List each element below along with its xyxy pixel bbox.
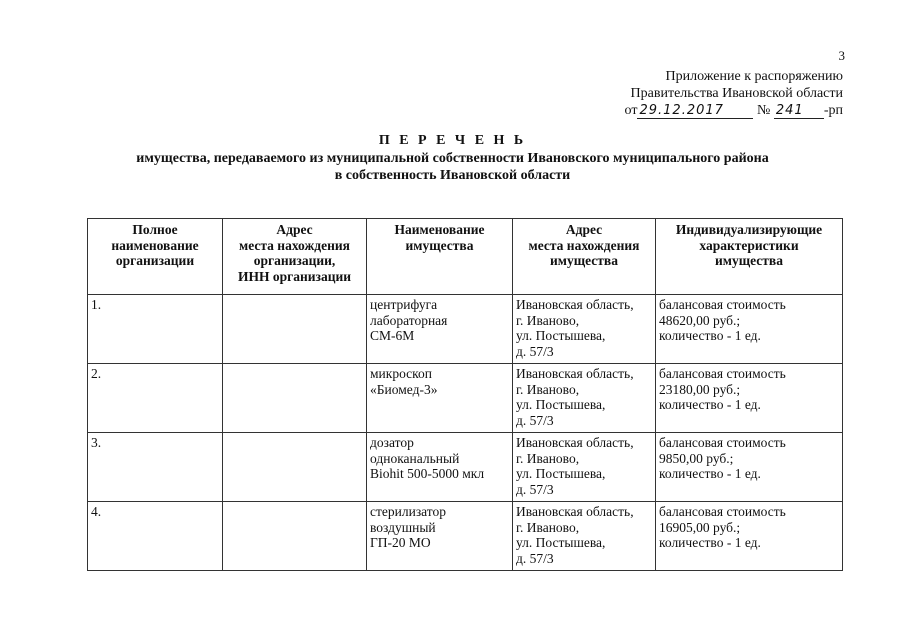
- cell-line: стерилизатор: [370, 504, 509, 520]
- document-subtitle-line-2: в собственность Ивановской области: [0, 167, 905, 184]
- cell-property-address: Ивановская область,г. Иваново,ул. Постыш…: [513, 502, 656, 571]
- cell-line: г. Иваново,: [516, 520, 652, 536]
- table-row: 4.стерилизаторвоздушныйГП-20 МОИвановска…: [88, 502, 843, 571]
- header-organization-address: Адресместа нахожденияорганизации,ИНН орг…: [223, 219, 367, 295]
- cell-line: ул. Постышева,: [516, 535, 652, 551]
- cell-organization-address: [223, 295, 367, 364]
- cell-line: характеристики: [659, 238, 839, 254]
- cell-property-name: центрифугалабораторнаяСМ-6М: [367, 295, 513, 364]
- cell-line: Индивидуализирующие: [659, 222, 839, 238]
- cell-line: наименование: [91, 238, 219, 254]
- cell-line: 48620,00 руб.;: [659, 313, 839, 329]
- cell-line: балансовая стоимость: [659, 297, 839, 313]
- cell-line: имущества: [659, 253, 839, 269]
- property-table: Полноенаименованиеорганизации Адресместа…: [87, 218, 843, 571]
- appendix-line-1: Приложение к распоряжению: [625, 68, 843, 85]
- cell-line: Ивановская область,: [516, 435, 652, 451]
- cell-line: одноканальный: [370, 451, 509, 467]
- cell-line: микроскоп: [370, 366, 509, 382]
- cell-organization-address: [223, 502, 367, 571]
- cell-line: количество - 1 ед.: [659, 535, 839, 551]
- appendix-line-2: Правительства Ивановской области: [625, 85, 843, 102]
- cell-property-name: стерилизаторвоздушныйГП-20 МО: [367, 502, 513, 571]
- table-row: 1.центрифугалабораторнаяСМ-6МИвановская …: [88, 295, 843, 364]
- header-characteristics: Индивидуализирующиехарактеристикиимущест…: [656, 219, 843, 295]
- cell-line: Полное: [91, 222, 219, 238]
- cell-property-address: Ивановская область,г. Иваново,ул. Постыш…: [513, 364, 656, 433]
- cell-line: ул. Постышева,: [516, 328, 652, 344]
- header-property-name: Наименованиеимущества: [367, 219, 513, 295]
- cell-line: балансовая стоимость: [659, 435, 839, 451]
- cell-line: «Биомед-3»: [370, 382, 509, 398]
- cell-line: СМ-6М: [370, 328, 509, 344]
- header-property-address: Адресместа нахожденияимущества: [513, 219, 656, 295]
- from-label: от: [625, 103, 638, 118]
- cell-organization-address: [223, 433, 367, 502]
- cell-line: места нахождения: [516, 238, 652, 254]
- cell-property-name: дозатородноканальныйBiohit 500-5000 мкл: [367, 433, 513, 502]
- handwritten-date: 29.12.2017: [637, 104, 753, 119]
- page-number: 3: [839, 48, 846, 64]
- cell-line: д. 57/3: [516, 482, 652, 498]
- cell-line: ул. Постышева,: [516, 466, 652, 482]
- number-suffix: -рп: [824, 103, 843, 118]
- cell-line: Адрес: [516, 222, 652, 238]
- cell-line: количество - 1 ед.: [659, 397, 839, 413]
- cell-line: Наименование: [370, 222, 509, 238]
- cell-line: д. 57/3: [516, 344, 652, 360]
- appendix-header: Приложение к распоряжению Правительства …: [625, 68, 843, 119]
- cell-line: ГП-20 МО: [370, 535, 509, 551]
- cell-line: места нахождения: [226, 238, 363, 254]
- table-row: 2.микроскоп«Биомед-3»Ивановская область,…: [88, 364, 843, 433]
- cell-line: д. 57/3: [516, 413, 652, 429]
- document-title-block: П Е Р Е Ч Е Н Ь имущества, передаваемого…: [0, 132, 905, 184]
- handwritten-number: 241: [774, 104, 824, 119]
- cell-line: 9850,00 руб.;: [659, 451, 839, 467]
- document-subtitle-line-1: имущества, передаваемого из муниципально…: [0, 150, 905, 167]
- cell-line: воздушный: [370, 520, 509, 536]
- table-header-row: Полноенаименованиеорганизации Адресместа…: [88, 219, 843, 295]
- cell-line: 23180,00 руб.;: [659, 382, 839, 398]
- cell-line: лабораторная: [370, 313, 509, 329]
- cell-line: Ивановская область,: [516, 297, 652, 313]
- number-label: №: [757, 103, 770, 118]
- cell-line: г. Иваново,: [516, 451, 652, 467]
- cell-organization-address: [223, 364, 367, 433]
- cell-line: Ивановская область,: [516, 504, 652, 520]
- cell-line: организации: [91, 253, 219, 269]
- table-row: 3.дозатородноканальныйBiohit 500-5000 мк…: [88, 433, 843, 502]
- cell-property-name: микроскоп«Биомед-3»: [367, 364, 513, 433]
- cell-line: центрифуга: [370, 297, 509, 313]
- cell-line: балансовая стоимость: [659, 366, 839, 382]
- cell-line: Ивановская область,: [516, 366, 652, 382]
- cell-number: 2.: [88, 364, 223, 433]
- cell-line: организации,: [226, 253, 363, 269]
- cell-number: 3.: [88, 433, 223, 502]
- cell-line: г. Иваново,: [516, 313, 652, 329]
- cell-characteristics: балансовая стоимость48620,00 руб.;количе…: [656, 295, 843, 364]
- cell-line: количество - 1 ед.: [659, 466, 839, 482]
- cell-line: балансовая стоимость: [659, 504, 839, 520]
- appendix-line-3: от29.12.2017 № 241-рп: [625, 102, 843, 119]
- cell-line: дозатор: [370, 435, 509, 451]
- cell-line: 16905,00 руб.;: [659, 520, 839, 536]
- cell-characteristics: балансовая стоимость23180,00 руб.;количе…: [656, 364, 843, 433]
- cell-property-address: Ивановская область,г. Иваново,ул. Постыш…: [513, 295, 656, 364]
- cell-number: 4.: [88, 502, 223, 571]
- cell-line: Адрес: [226, 222, 363, 238]
- cell-characteristics: балансовая стоимость9850,00 руб.;количес…: [656, 433, 843, 502]
- cell-line: Biohit 500-5000 мкл: [370, 466, 509, 482]
- header-organization-name: Полноенаименованиеорганизации: [88, 219, 223, 295]
- document-title: П Е Р Е Ч Е Н Ь: [0, 132, 905, 150]
- cell-number: 1.: [88, 295, 223, 364]
- cell-line: г. Иваново,: [516, 382, 652, 398]
- cell-line: имущества: [516, 253, 652, 269]
- cell-characteristics: балансовая стоимость16905,00 руб.;количе…: [656, 502, 843, 571]
- cell-line: д. 57/3: [516, 551, 652, 567]
- cell-line: ул. Постышева,: [516, 397, 652, 413]
- cell-property-address: Ивановская область,г. Иваново,ул. Постыш…: [513, 433, 656, 502]
- cell-line: количество - 1 ед.: [659, 328, 839, 344]
- cell-line: ИНН организации: [226, 269, 363, 285]
- cell-line: имущества: [370, 238, 509, 254]
